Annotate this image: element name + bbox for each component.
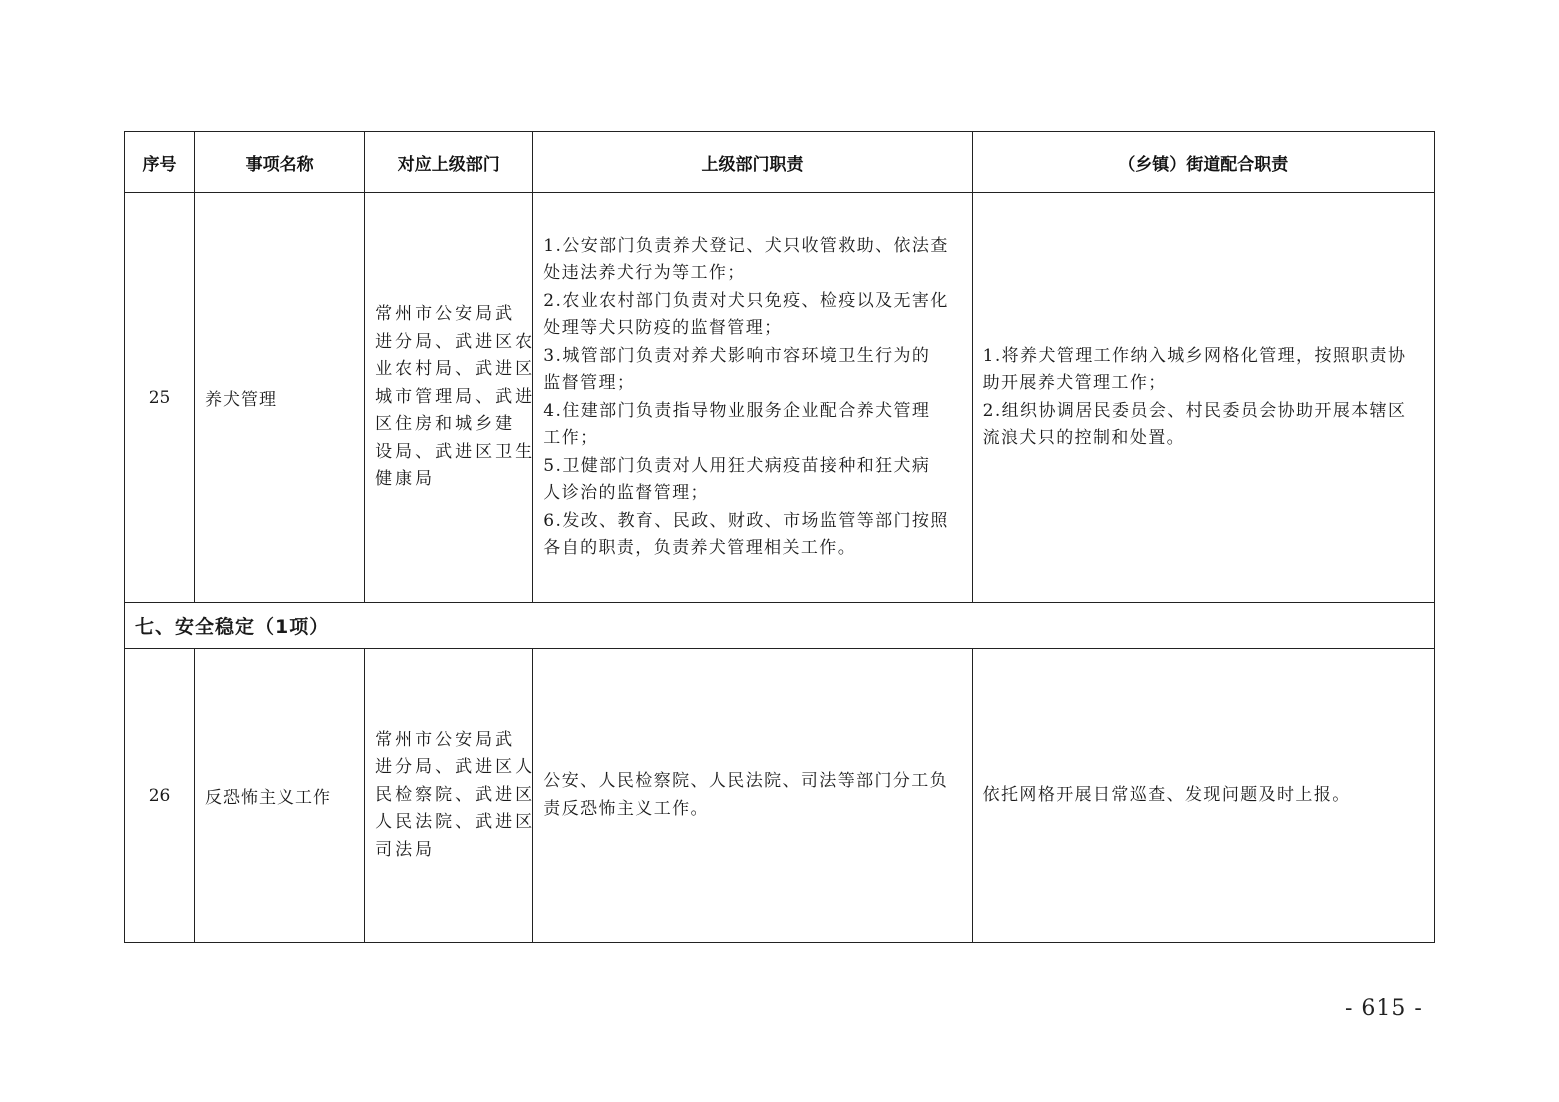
text-line: 各自的职责，负责养犬管理相关工作。 xyxy=(543,535,961,563)
text-line: 监督管理； xyxy=(543,370,961,398)
table-row: 26 反恐怖主义工作 常州市公安局武 进分局、武进区人 民检察院、武进区 人民法… xyxy=(125,649,1435,943)
header-superior-duty: 上级部门职责 xyxy=(533,132,972,193)
text-line: 2.农业农村部门负责对犬只免疫、检疫以及无害化 xyxy=(543,288,961,316)
text-line: 3.城管部门负责对养犬影响市容环境卫生行为的 xyxy=(543,343,961,371)
text-line: 2.组织协调居民委员会、村民委员会协助开展本辖区 xyxy=(983,398,1424,426)
superior-duty-cell: 公安、人民检察院、人民法院、司法等部门分工负 责反恐怖主义工作。 xyxy=(533,649,972,943)
text-line: 业农村局、武进区 xyxy=(375,356,522,384)
page-number: - 615 - xyxy=(1345,996,1423,1021)
row-number: 25 xyxy=(125,193,195,603)
table-header-row: 序号 事项名称 对应上级部门 上级部门职责 （乡镇）街道配合职责 xyxy=(125,132,1435,193)
superior-dept-cell: 常州市公安局武 进分局、武进区人 民检察院、武进区 人民法院、武进区 司法局 xyxy=(365,649,533,943)
text-line: 区住房和城乡建 xyxy=(375,411,522,439)
text-line: 人诊治的监督管理； xyxy=(543,480,961,508)
text-line: 设局、武进区卫生 xyxy=(375,439,522,467)
superior-duty-cell: 1.公安部门负责养犬登记、犬只收管救助、依法查 处违法养犬行为等工作； 2.农业… xyxy=(533,193,972,603)
street-duty-cell: 1.将养犬管理工作纳入城乡网格化管理，按照职责协 助开展养犬管理工作； 2.组织… xyxy=(972,193,1434,603)
text-line: 处违法养犬行为等工作； xyxy=(543,260,961,288)
text-line: 6.发改、教育、民政、财政、市场监管等部门按照 xyxy=(543,508,961,536)
header-superior-dept: 对应上级部门 xyxy=(365,132,533,193)
table-row: 25 养犬管理 常州市公安局武 进分局、武进区农 业农村局、武进区 城市管理局、… xyxy=(125,193,1435,603)
text-line: 健康局 xyxy=(375,466,522,494)
text-line: 5.卫健部门负责对人用狂犬病疫苗接种和狂犬病 xyxy=(543,453,961,481)
header-item-name: 事项名称 xyxy=(195,132,365,193)
street-duty-cell: 依托网格开展日常巡查、发现问题及时上报。 xyxy=(972,649,1434,943)
responsibility-table: 序号 事项名称 对应上级部门 上级部门职责 （乡镇）街道配合职责 25 养犬管理… xyxy=(124,131,1435,943)
text-line: 1.将养犬管理工作纳入城乡网格化管理，按照职责协 xyxy=(983,343,1424,371)
text-line: 工作； xyxy=(543,425,961,453)
text-line: 常州市公安局武 xyxy=(375,301,522,329)
row-number: 26 xyxy=(125,649,195,943)
text-line: 依托网格开展日常巡查、发现问题及时上报。 xyxy=(983,782,1424,810)
item-name: 养犬管理 xyxy=(195,193,365,603)
text-line: 1.公安部门负责养犬登记、犬只收管救助、依法查 xyxy=(543,233,961,261)
header-street-duty: （乡镇）街道配合职责 xyxy=(972,132,1434,193)
header-no: 序号 xyxy=(125,132,195,193)
section-title: 七、安全稳定（1项） xyxy=(125,603,1435,649)
text-line: 城市管理局、武进 xyxy=(375,384,522,412)
text-line: 流浪犬只的控制和处置。 xyxy=(983,425,1424,453)
text-line: 进分局、武进区人 xyxy=(375,754,522,782)
text-line: 人民法院、武进区 xyxy=(375,809,522,837)
text-line: 民检察院、武进区 xyxy=(375,782,522,810)
text-line: 公安、人民检察院、人民法院、司法等部门分工负 xyxy=(543,768,961,796)
section-header-row: 七、安全稳定（1项） xyxy=(125,603,1435,649)
text-line: 进分局、武进区农 xyxy=(375,329,522,357)
text-line: 助开展养犬管理工作； xyxy=(983,370,1424,398)
superior-dept-cell: 常州市公安局武 进分局、武进区农 业农村局、武进区 城市管理局、武进 区住房和城… xyxy=(365,193,533,603)
text-line: 处理等犬只防疫的监督管理； xyxy=(543,315,961,343)
text-line: 常州市公安局武 xyxy=(375,727,522,755)
text-line: 4.住建部门负责指导物业服务企业配合养犬管理 xyxy=(543,398,961,426)
item-name: 反恐怖主义工作 xyxy=(195,649,365,943)
text-line: 司法局 xyxy=(375,837,522,865)
text-line: 责反恐怖主义工作。 xyxy=(543,796,961,824)
